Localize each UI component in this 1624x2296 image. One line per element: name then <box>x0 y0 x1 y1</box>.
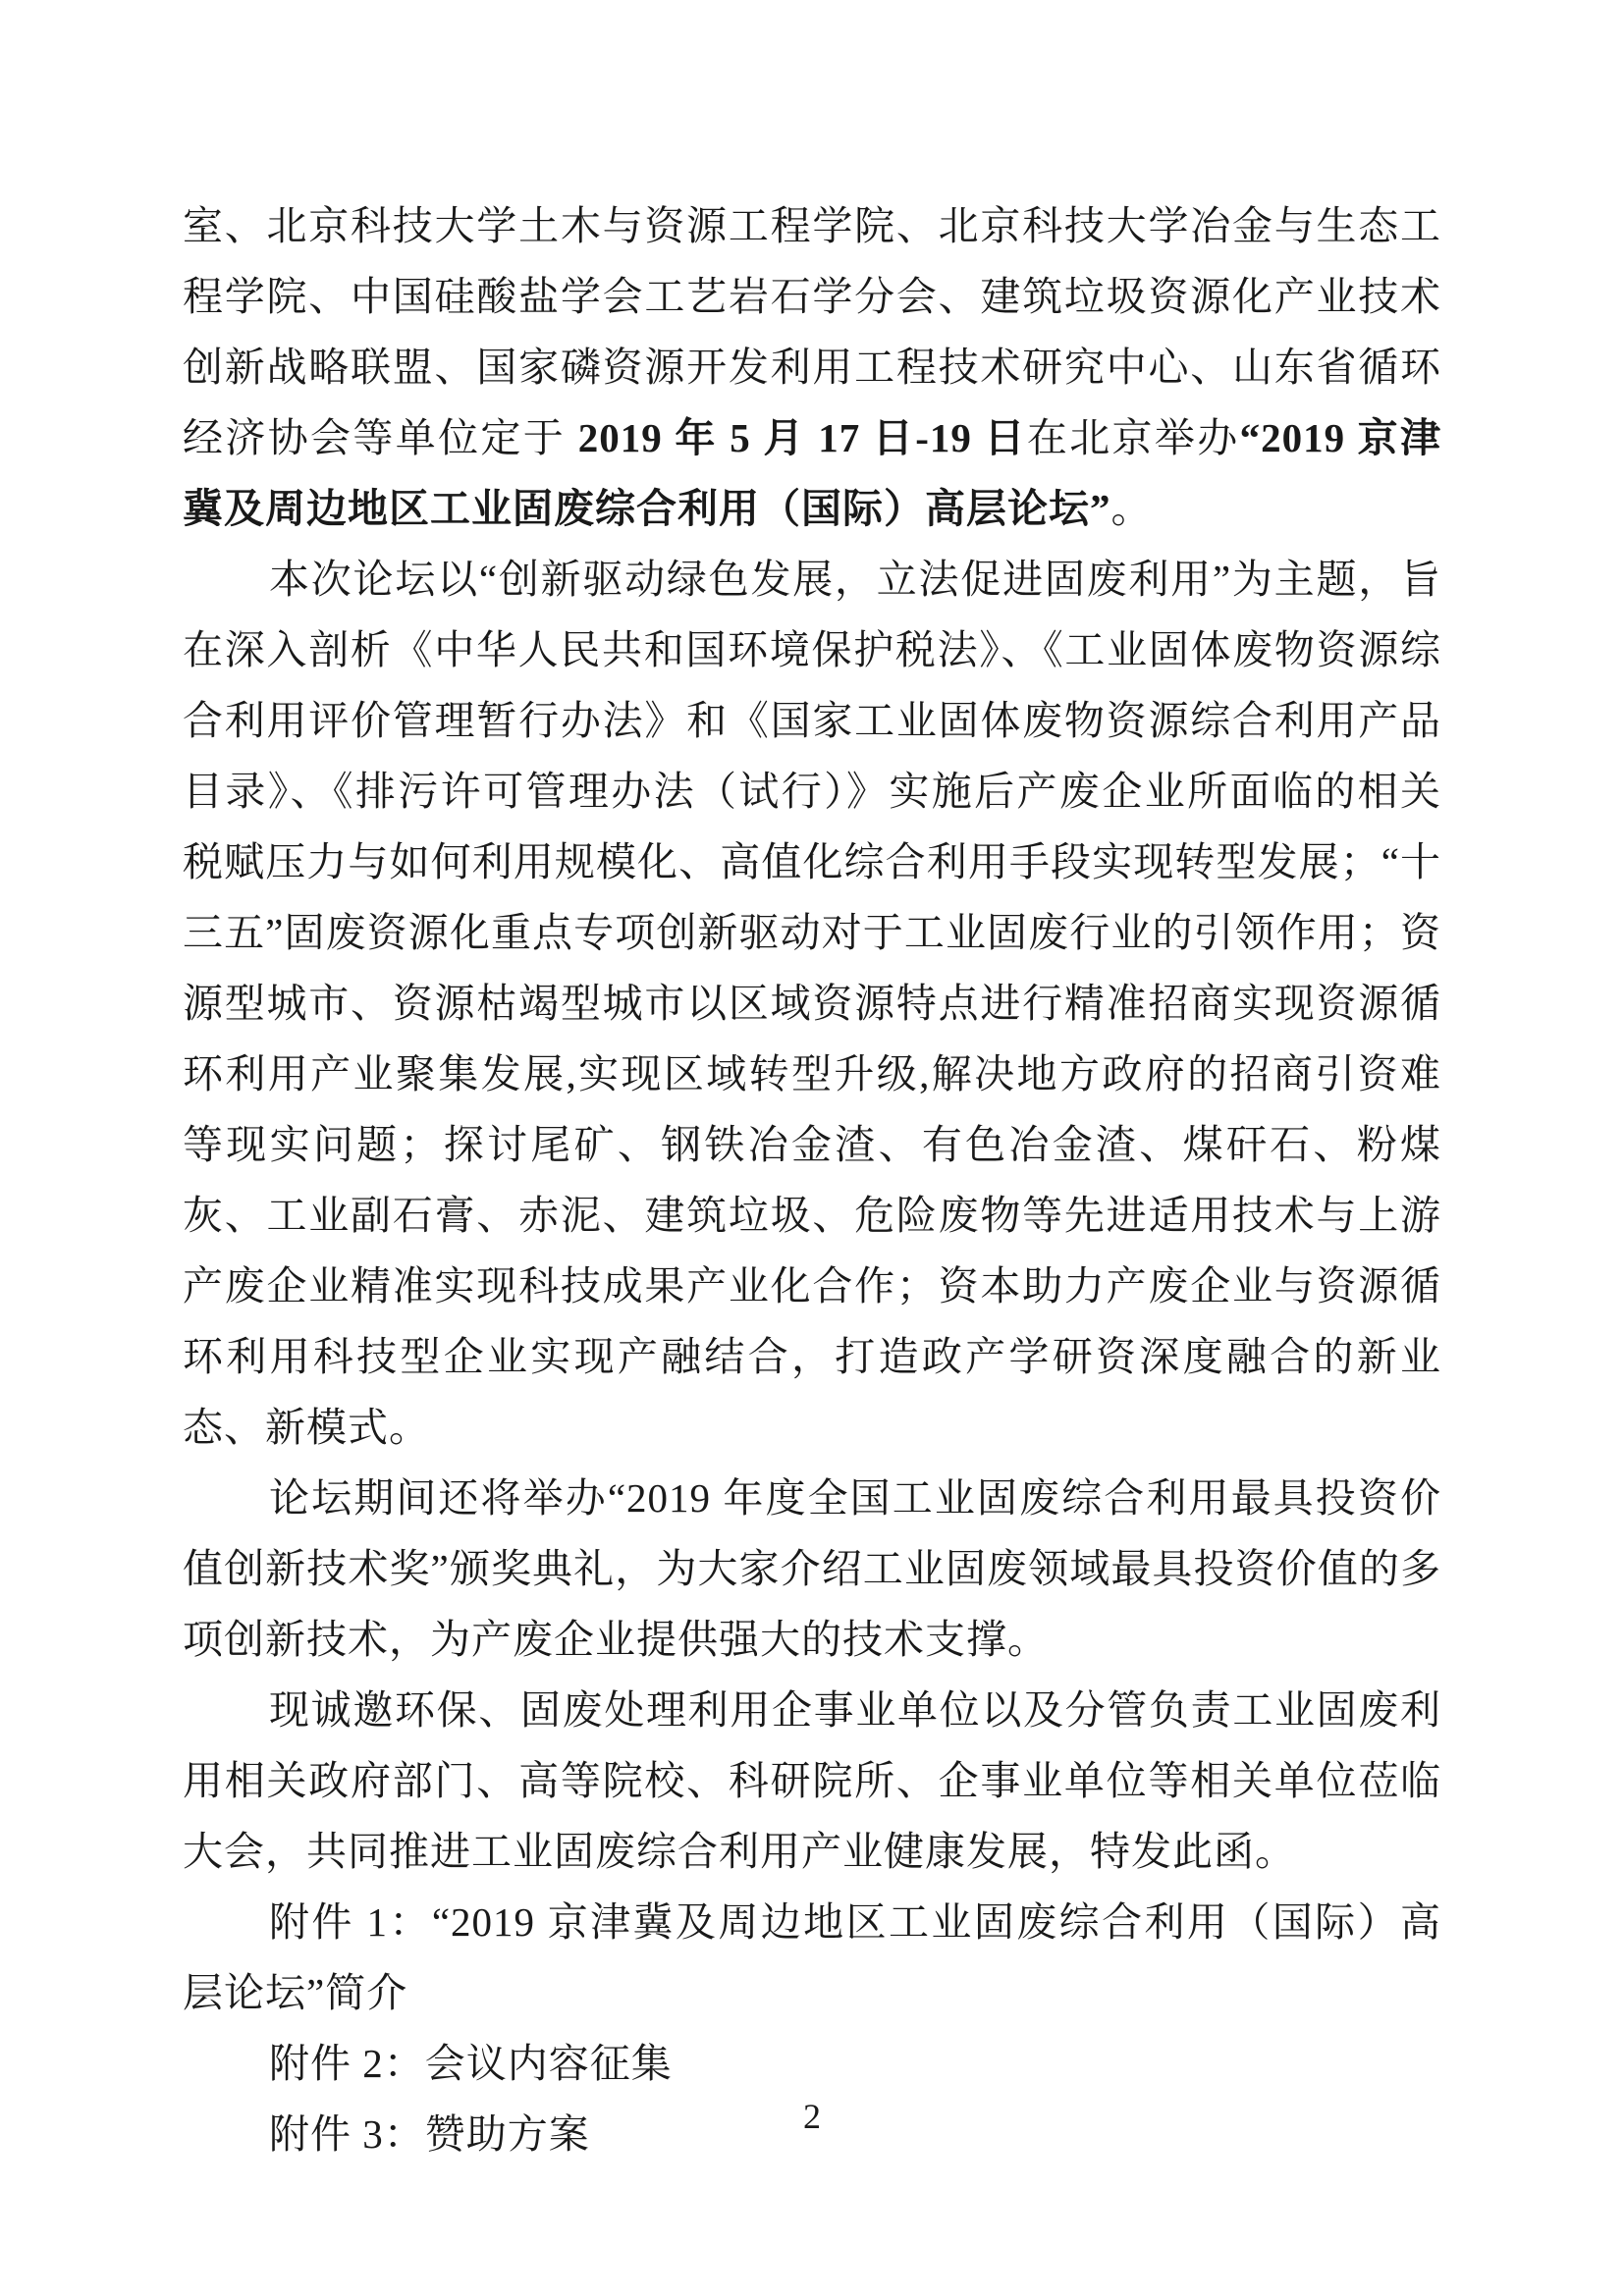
page-number: 2 <box>803 2097 821 2136</box>
forum-theme-and-topics: 本次论坛以“创新驱动绿色发展，立法促进固废利用”为主题，旨在深入剖析《中华人民共… <box>183 544 1441 1463</box>
page-footer: 2 <box>0 2089 1624 2144</box>
invitation: 现诚邀环保、固废处理利用企事业单位以及分管负责工业固废利用相关政府部门、高等院校… <box>183 1675 1441 1887</box>
body-text: 在北京举办 <box>1027 415 1240 460</box>
body-text: 附件 2：会议内容征集 <box>269 2041 673 2086</box>
document-page: 室、北京科技大学土木与资源工程学院、北京科技大学冶金与生态工程学院、中国硅酸盐学… <box>0 0 1624 2296</box>
organizers-and-event-announcement: 室、北京科技大学土木与资源工程学院、北京科技大学冶金与生态工程学院、中国硅酸盐学… <box>183 190 1441 544</box>
emphasized-text: 2019 年 5 月 17 日-19 日 <box>578 415 1027 460</box>
body-text: 附件 1：“2019 京津冀及周边地区工业固废综合利用（国际）高层论坛”简介 <box>183 1899 1441 2015</box>
body-text: 论坛期间还将举办“2019 年度全国工业固废综合利用最具投资价值创新技术奖”颁奖… <box>183 1475 1441 1662</box>
document-body: 室、北京科技大学土木与资源工程学院、北京科技大学冶金与生态工程学院、中国硅酸盐学… <box>183 190 1441 2169</box>
award-ceremony: 论坛期间还将举办“2019 年度全国工业固废综合利用最具投资价值创新技术奖”颁奖… <box>183 1463 1441 1675</box>
attachment-1: 附件 1：“2019 京津冀及周边地区工业固废综合利用（国际）高层论坛”简介 <box>183 1887 1441 2028</box>
body-text: 本次论坛以“创新驱动绿色发展，立法促进固废利用”为主题，旨在深入剖析《中华人民共… <box>183 557 1441 1450</box>
body-text: 。 <box>1111 486 1153 531</box>
body-text: 现诚邀环保、固废处理利用企事业单位以及分管负责工业固废利用相关政府部门、高等院校… <box>183 1687 1441 1874</box>
